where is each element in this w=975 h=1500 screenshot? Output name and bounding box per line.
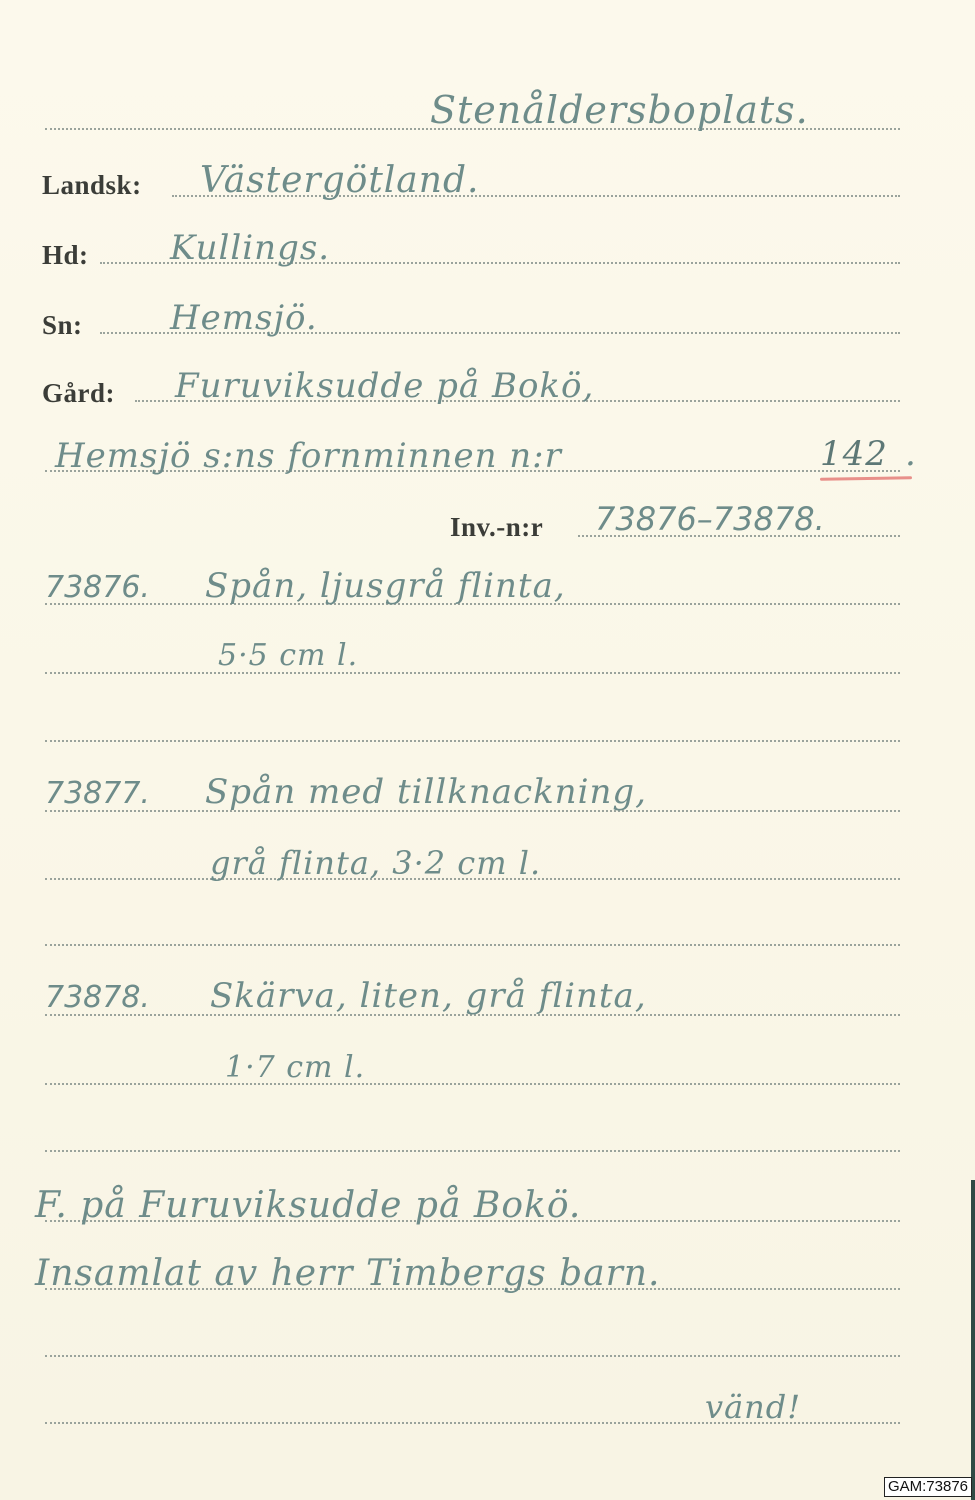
- label-inventory: Inv.-n:r: [450, 512, 543, 543]
- fornminne-suffix: .: [905, 434, 917, 474]
- item-description: Spån, ljusgrå flinta,: [205, 566, 566, 606]
- notes-collector: Insamlat av herr Timbergs barn.: [35, 1253, 661, 1294]
- notes-find-location: F. på Furuviksudde på Bokö.: [35, 1185, 581, 1226]
- card-edge: [971, 1180, 975, 1500]
- rule-line: [45, 1083, 900, 1085]
- rule-line: [45, 672, 900, 674]
- card-heading: Stenåldersboplats.: [430, 88, 809, 132]
- label-sn: Sn:: [42, 310, 83, 341]
- item-description: Spån med tillknackning,: [205, 772, 647, 812]
- rule-line: [45, 128, 900, 130]
- label-gard: Gård:: [42, 378, 115, 409]
- item-description: Skärva, liten, grå flinta,: [210, 976, 647, 1016]
- collection-id-stamp: GAM:73876: [884, 1477, 972, 1497]
- red-underline: [820, 476, 912, 481]
- item-number: 73877.: [45, 776, 150, 811]
- rule-line: [45, 944, 900, 946]
- value-gard: Furuviksudde på Bokö,: [175, 366, 594, 406]
- label-landsk: Landsk:: [42, 170, 142, 201]
- value-sn: Hemsjö.: [170, 298, 318, 338]
- value-landsk: Västergötland.: [200, 160, 479, 201]
- catalog-card: Stenåldersboplats. Landsk: Västergötland…: [0, 0, 975, 1500]
- rule-line: [45, 1150, 900, 1152]
- value-hd: Kullings.: [170, 228, 330, 268]
- label-hd: Hd:: [42, 240, 89, 271]
- turn-over-note: vänd!: [705, 1388, 801, 1426]
- item-measurement: 1·7 cm l.: [225, 1050, 365, 1085]
- value-inventory: 73876–73878.: [595, 500, 825, 538]
- rule-line: [45, 740, 900, 742]
- fornminne-number: 142: [820, 434, 888, 474]
- item-number: 73876.: [45, 570, 150, 605]
- item-number: 73878.: [45, 980, 150, 1015]
- item-measurement: 5·5 cm l.: [218, 638, 358, 673]
- fornminne-text: Hemsjö s:ns fornminnen n:r: [55, 436, 562, 476]
- item-measurement: grå flinta, 3·2 cm l.: [210, 844, 541, 882]
- rule-line: [45, 1355, 900, 1357]
